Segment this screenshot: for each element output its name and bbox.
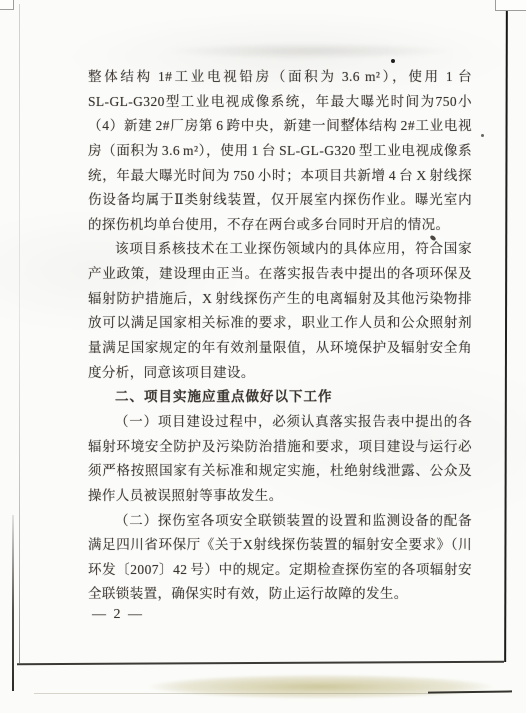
- text-line: 的探伤机均单台使用，不存在两台或多台同时开启的情况。: [88, 213, 472, 238]
- page-number: — 2 —: [92, 603, 144, 627]
- text-line: 统，年最大曝光时间为 750 小时；本项目共新增 4 台 X 射线探: [88, 164, 472, 189]
- text-line: 房（面积为 3.6 m²），使用 1 台 SL-GL-G320 型工业电视成像系: [88, 139, 472, 164]
- text-line: 全联锁装置，确保实时有效，防止运行故障的发生。: [88, 582, 472, 607]
- page-edge-left-line: [19, 4, 20, 663]
- page-edge-right-line: [504, 11, 508, 662]
- text-line: 满足四川省环保厅《关于X射线探伤装置的辐射安全要求》（川: [88, 533, 472, 558]
- text-line: （二）探伤室各项安全联锁装置的设置和监测设备的配备应: [88, 509, 472, 534]
- ink-speck-artifact: [481, 134, 484, 137]
- ink-dot-artifact: [391, 59, 395, 63]
- text-line: （4）新建 2#厂房第 6 跨中央，新建一间整体结构 2#工业电视铅: [88, 114, 472, 139]
- text-line: 产业政策，建设理由正当。在落实报告表中提出的各项环保及: [88, 262, 472, 287]
- underlying-page-edge-faint-line: [34, 693, 430, 694]
- scan-smudge-bottom-yellow: [80, 668, 510, 702]
- page-edge-left-dark-line: [12, 515, 14, 691]
- text-line: 辐射防护措施后，X 射线探伤产生的电离辐射及其他污染物排: [88, 287, 472, 312]
- text-line: SL-GL-G320型工业电视成像系统，年最大曝光时间为750小时；: [88, 90, 472, 115]
- text-line: 须严格按照国家有关标准和规定实施，杜绝射线泄露、公众及: [88, 459, 472, 484]
- scanned-page: 整体结构 1#工业电视铅房（面积为 3.6 m²），使用 1 台SL-GL-G3…: [0, 0, 526, 713]
- document-body: 整体结构 1#工业电视铅房（面积为 3.6 m²），使用 1 台SL-GL-G3…: [88, 65, 472, 607]
- text-line: 放可以满足国家相关标准的要求，职业工作人员和公众照射剂: [88, 311, 472, 336]
- text-line: （一）项目建设过程中，必须认真落实报告表中提出的各项: [88, 410, 472, 435]
- scan-smudge-top: [115, 40, 505, 62]
- text-line: 环发〔2007〕42 号）中的规定。定期检查探伤室的各项辐射安: [88, 558, 472, 583]
- text-line: 度分析，同意该项目建设。: [88, 361, 472, 386]
- text-line: 二、项目实施应重点做好以下工作: [88, 385, 472, 410]
- text-line: 该项目系核技术在工业探伤领域内的具体应用，符合国家: [88, 237, 472, 262]
- text-line: 量满足国家规定的年有效剂量限值，从环境保护及辐射安全角: [88, 336, 472, 361]
- underlying-page-corner-top-right: [495, 0, 526, 11]
- text-line: 辐射环境安全防护及污染防治措施和要求，项目建设与运行必: [88, 435, 472, 460]
- text-line: 伤设备均属于Ⅱ类射线装置，仅开展室内探伤作业。曝光室内: [88, 188, 472, 213]
- text-line: 操作人员被误照射等事故发生。: [88, 484, 472, 509]
- text-line: 整体结构 1#工业电视铅房（面积为 3.6 m²），使用 1 台: [88, 65, 472, 90]
- underlying-page-corner-top-left: [0, 0, 14, 10]
- page-bottom-edge-line: [17, 661, 504, 665]
